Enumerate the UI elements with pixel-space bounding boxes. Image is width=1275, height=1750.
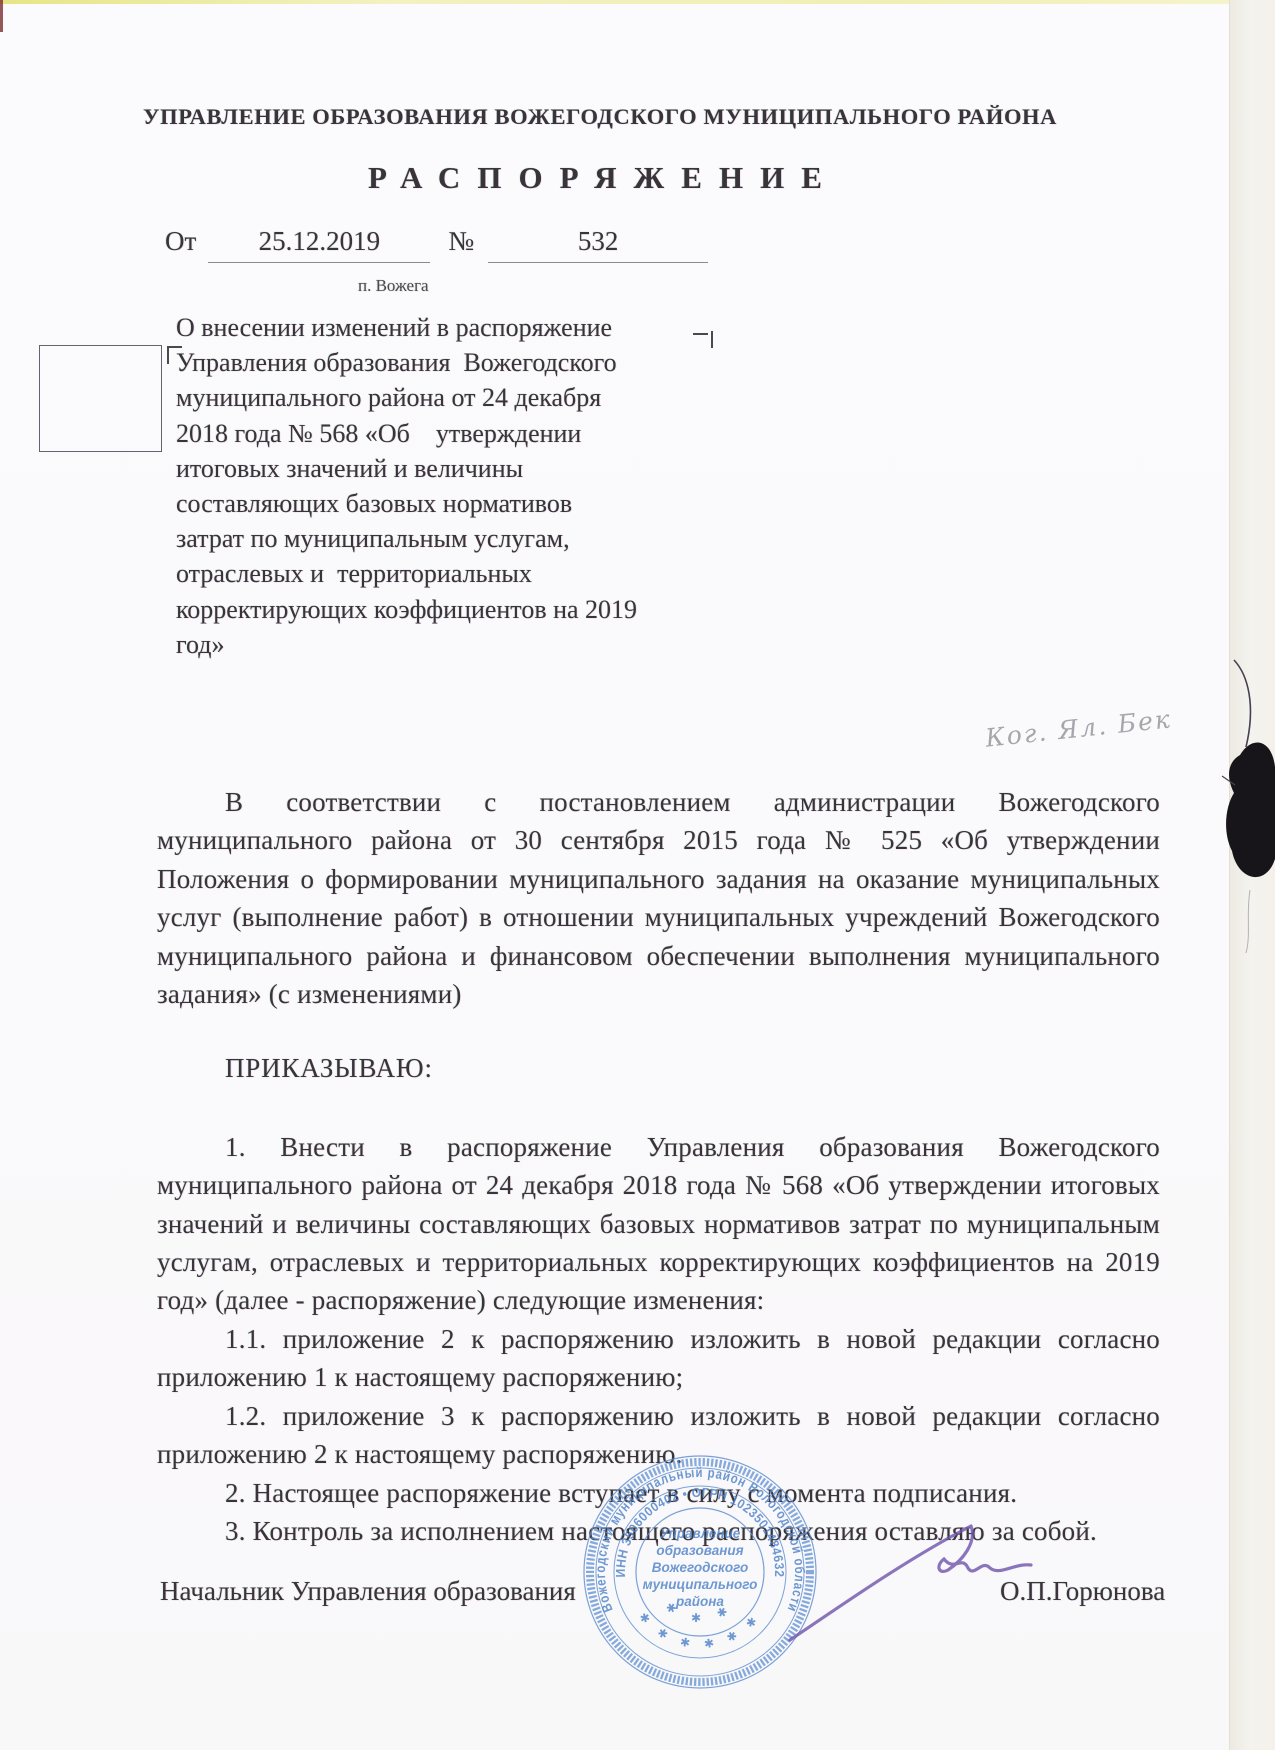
preamble-paragraph: В соответствии с постановлением админист… <box>157 783 1160 1013</box>
order-word: ПРИКАЗЫВАЮ: <box>157 1049 1160 1087</box>
ink-blot-artifact <box>1220 635 1275 955</box>
date-number-line: От 25.12.2019 № 532 <box>165 226 708 263</box>
scanned-document-page: УПРАВЛЕНИЕ ОБРАЗОВАНИЯ ВОЖЕГОДСКОГО МУНИ… <box>0 0 1275 1750</box>
number-label: № <box>448 226 474 257</box>
signoff-name: О.П.Горюнова <box>1000 1576 1165 1607</box>
scan-left-edge-artifact <box>0 0 3 32</box>
pencil-handwriting-note: Ког. Ял. Бек <box>984 704 1173 752</box>
date-value: 25.12.2019 <box>208 226 430 263</box>
signoff-position-title: Начальник Управления образования <box>160 1576 576 1607</box>
stamp-center-line-1: Управление <box>660 1526 741 1541</box>
directive-item-1-1: 1.1. приложение 2 к распоряжению изложит… <box>157 1320 1160 1397</box>
stamp-center-line-2: образования <box>656 1543 743 1558</box>
stamp-center-line-5: района <box>675 1594 724 1609</box>
place-line: п. Вожега <box>358 276 429 296</box>
scan-top-edge-artifact <box>0 0 1275 4</box>
stamp-center-line-4: муниципального <box>643 1577 758 1592</box>
stamp-center-line-3: Вожегодского <box>652 1560 748 1575</box>
document-type-title: РАСПОРЯЖЕНИЕ <box>0 160 1190 196</box>
subject-block: О внесении изменений в распоряжение Упра… <box>176 310 736 662</box>
organization-header: УПРАВЛЕНИЕ ОБРАЗОВАНИЯ ВОЖЕГОДСКОГО МУНИ… <box>0 104 1200 130</box>
registration-box <box>39 345 162 452</box>
date-label: От <box>165 226 196 257</box>
number-value: 532 <box>488 226 708 263</box>
directive-item-1: 1. Внести в распоряжение Управления обра… <box>157 1128 1160 1320</box>
